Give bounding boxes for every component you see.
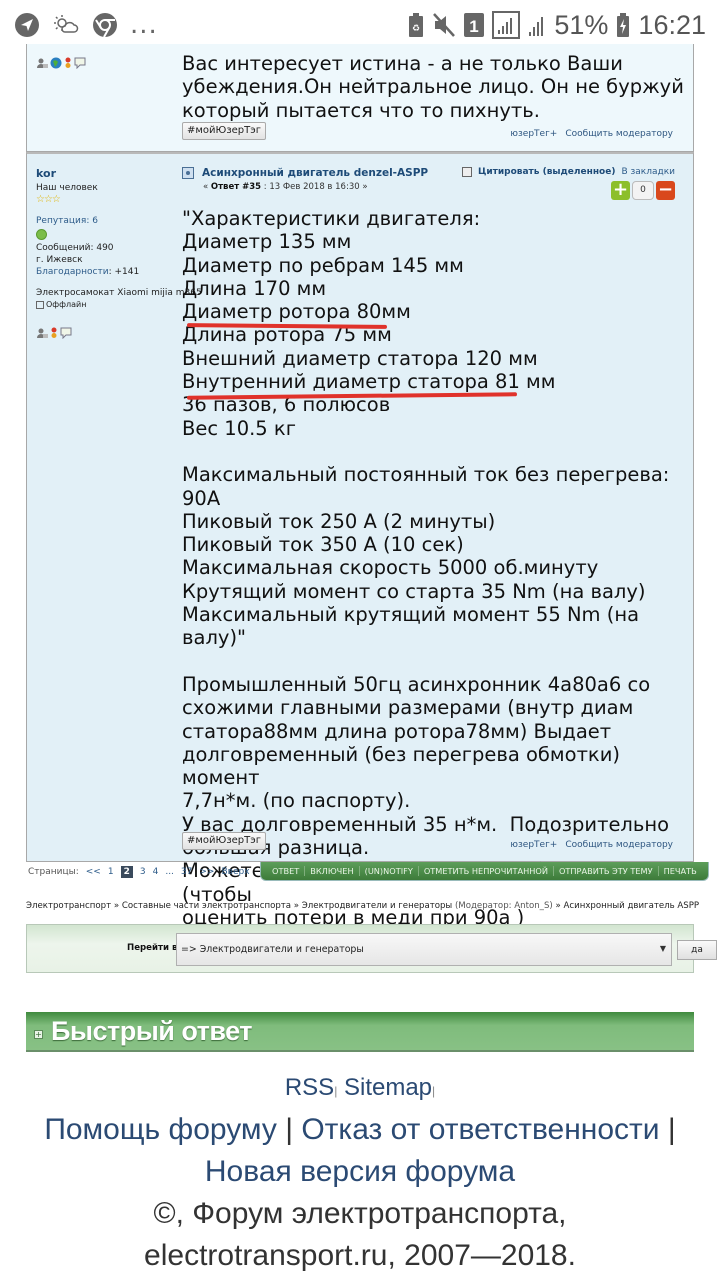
pagination: Страницы: << 1 2 3 4 ... 37 >> Вверх	[28, 866, 250, 878]
post-text: "Характеристики двигателя: Диаметр 135 м…	[182, 207, 685, 929]
reply-button[interactable]: ОТВЕТ	[267, 866, 305, 876]
vote-down-button[interactable]: −	[656, 181, 675, 200]
page-37[interactable]: 37	[181, 867, 192, 877]
vote-widget: + 0 −	[462, 181, 675, 200]
page-1[interactable]: 1	[108, 867, 114, 877]
page-3[interactable]: 3	[140, 867, 146, 877]
quick-reply-header[interactable]: + Быстрый ответ	[26, 1012, 694, 1052]
user-tag-add-link[interactable]: юзерТег+	[510, 129, 557, 139]
separator: |	[334, 1084, 337, 1098]
notify-on-button[interactable]: ВКЛЮЧЕН	[305, 866, 359, 876]
disclaimer-link[interactable]: Отказ от ответственности	[301, 1113, 659, 1146]
quick-reply-title: Быстрый ответ	[51, 1016, 252, 1047]
profile-icon[interactable]	[36, 324, 48, 343]
pm-icon[interactable]	[74, 54, 86, 73]
post-meta: « Ответ #35 : 13 Фев 2018 в 16:30 »	[203, 182, 428, 192]
new-version-link[interactable]: Новая версия форума	[205, 1155, 515, 1188]
signal-icon	[492, 11, 520, 39]
reputation-badge-icon	[36, 229, 47, 240]
post-footer-links: юзерТег+ Сообщить модератору	[510, 129, 673, 139]
navigation-icon	[14, 12, 40, 38]
go-button[interactable]: да	[677, 940, 717, 960]
sitemap-link[interactable]: Sitemap	[344, 1074, 432, 1101]
expand-icon[interactable]: +	[34, 1030, 43, 1039]
post-header: Асинхронный двигатель denzel-ASPP « Отве…	[182, 167, 428, 192]
author-messages: Сообщений: 490	[36, 242, 202, 254]
post-text: Вас интересует истина - а не только Ваши…	[182, 52, 685, 122]
jump-label: Перейти в:	[127, 943, 181, 953]
site-years: electrotransport.ru, 2007—2018.	[0, 1235, 720, 1277]
profile-icons	[36, 54, 86, 73]
copyright: ©, Форум электротранспорта,	[0, 1193, 720, 1235]
profile-icons	[36, 324, 72, 343]
footer: RSS| Sitemap| Помощь форуму | Отказ от о…	[0, 1070, 720, 1277]
user-tag-button[interactable]: #мойЮзерТэг	[182, 832, 266, 850]
more-notifications: ...	[130, 10, 158, 40]
svg-text:♻: ♻	[412, 23, 420, 33]
print-button[interactable]: ПЕЧАТЬ	[659, 866, 702, 876]
rank-stars-icon: ☆☆☆	[36, 194, 202, 206]
dropdown-arrow-icon: ▼	[660, 944, 666, 953]
breadcrumb-item[interactable]: Составные части электротранспорта	[122, 901, 291, 911]
report-to-moderator-link[interactable]: Сообщить модератору	[565, 129, 673, 139]
previous-post: Вас интересует истина - а не только Ваши…	[26, 44, 694, 152]
online-status: Оффлайн	[36, 299, 202, 311]
breadcrumb-separator: »	[291, 901, 302, 911]
post-subject[interactable]: Асинхронный двигатель denzel-ASPP	[202, 167, 428, 179]
breadcrumb-item[interactable]: Электротранспорт	[26, 901, 111, 911]
weather-icon	[52, 12, 80, 38]
quote-icon	[462, 167, 472, 177]
karma-icon[interactable]	[64, 54, 72, 73]
signal-icon-2	[528, 12, 546, 38]
page-first[interactable]: <<	[86, 867, 101, 877]
help-link[interactable]: Помощь форуму	[44, 1113, 277, 1146]
status-text: Оффлайн	[46, 299, 86, 311]
thanks-link[interactable]: Благодарности	[36, 267, 109, 277]
unnotify-button[interactable]: (UN)NOTIFY	[360, 866, 419, 876]
breadcrumb-item[interactable]: Электродвигатели и генераторы	[302, 901, 452, 911]
rss-link[interactable]: RSS	[285, 1074, 334, 1101]
author-panel: kor Наш человек ☆☆☆ Репутация: 6 Сообщен…	[36, 168, 202, 311]
breadcrumb-separator: »	[553, 901, 564, 911]
mark-unread-button[interactable]: ОТМЕТИТЬ НЕПРОЧИТАННОЙ	[419, 866, 554, 876]
meta-prefix: «	[203, 182, 211, 192]
page-ellipsis: ...	[165, 867, 174, 877]
website-icon[interactable]	[50, 54, 62, 73]
vote-count: 0	[632, 181, 654, 200]
bookmark-link[interactable]: В закладки	[621, 167, 675, 177]
post-date: : 13 Фев 2018 в 16:30 »	[261, 182, 368, 192]
chrome-icon	[92, 12, 118, 38]
clock: 16:21	[638, 10, 706, 41]
author-city: г. Ижевск	[36, 254, 202, 266]
separator: |	[432, 1084, 435, 1098]
author-vehicle: Электросамокат Xiaomi mijia m365	[36, 287, 202, 299]
breadcrumb-moderator[interactable]: (Модератор: Anton_S)	[455, 901, 553, 911]
page-last[interactable]: >>	[199, 867, 214, 877]
mute-icon	[432, 12, 456, 38]
author-reputation[interactable]: Репутация: 6	[36, 215, 202, 227]
karma-icon[interactable]	[50, 324, 58, 343]
pm-icon[interactable]	[60, 324, 72, 343]
pagination-label: Страницы:	[28, 867, 79, 877]
forum-post: kor Наш человек ☆☆☆ Репутация: 6 Сообщен…	[26, 152, 694, 862]
breadcrumb-separator: »	[111, 901, 122, 911]
author-rank: Наш человек	[36, 182, 202, 194]
user-tag-add-link[interactable]: юзерТег+	[510, 840, 557, 850]
sim1-icon: 1	[464, 13, 484, 37]
post-actions: Цитировать (выделенное) В закладки + 0 −	[462, 167, 675, 200]
post-footer-links: юзерТег+ Сообщить модератору	[510, 840, 673, 850]
author-name[interactable]: kor	[36, 168, 202, 180]
jump-selected-value: => Электродвигатели и генераторы	[181, 944, 364, 955]
author-thanks: Благодарности: +141	[36, 266, 202, 278]
user-tag-button[interactable]: #мойЮзерТэг	[182, 122, 266, 140]
jump-select[interactable]: => Электродвигатели и генераторы ▼	[176, 933, 672, 966]
offline-icon	[36, 301, 44, 309]
breadcrumb: Электротранспорт » Составные части элект…	[26, 901, 699, 911]
battery-charging-icon	[616, 12, 630, 38]
reply-number[interactable]: Ответ #35	[211, 182, 261, 192]
battery-percent: 51%	[554, 10, 608, 41]
back-to-top-link[interactable]: Вверх	[221, 867, 249, 877]
send-topic-button[interactable]: ОТПРАВИТЬ ЭТУ ТЕМУ	[554, 866, 659, 876]
quote-link[interactable]: Цитировать (выделенное)	[478, 167, 615, 177]
post-icon	[182, 167, 194, 179]
vote-up-button[interactable]: +	[611, 181, 630, 200]
report-to-moderator-link[interactable]: Сообщить модератору	[565, 840, 673, 850]
status-bar: ... ♻ 1 51% 16:21	[0, 0, 720, 50]
thanks-value: : +141	[109, 267, 140, 277]
profile-icon[interactable]	[36, 54, 48, 73]
page-2-current: 2	[121, 866, 133, 878]
breadcrumb-current[interactable]: Асинхронный двигатель ASPP	[564, 901, 700, 911]
svg-text:1: 1	[470, 17, 479, 36]
page-4[interactable]: 4	[153, 867, 159, 877]
separator: |	[285, 1113, 293, 1146]
jump-to-box: Перейти в: => Электродвигатели и генерат…	[26, 924, 694, 973]
topic-actions-bar: ОТВЕТ ВКЛЮЧЕН (UN)NOTIFY ОТМЕТИТЬ НЕПРОЧ…	[260, 862, 709, 881]
separator: |	[668, 1113, 676, 1146]
battery-saver-icon: ♻	[408, 12, 424, 38]
